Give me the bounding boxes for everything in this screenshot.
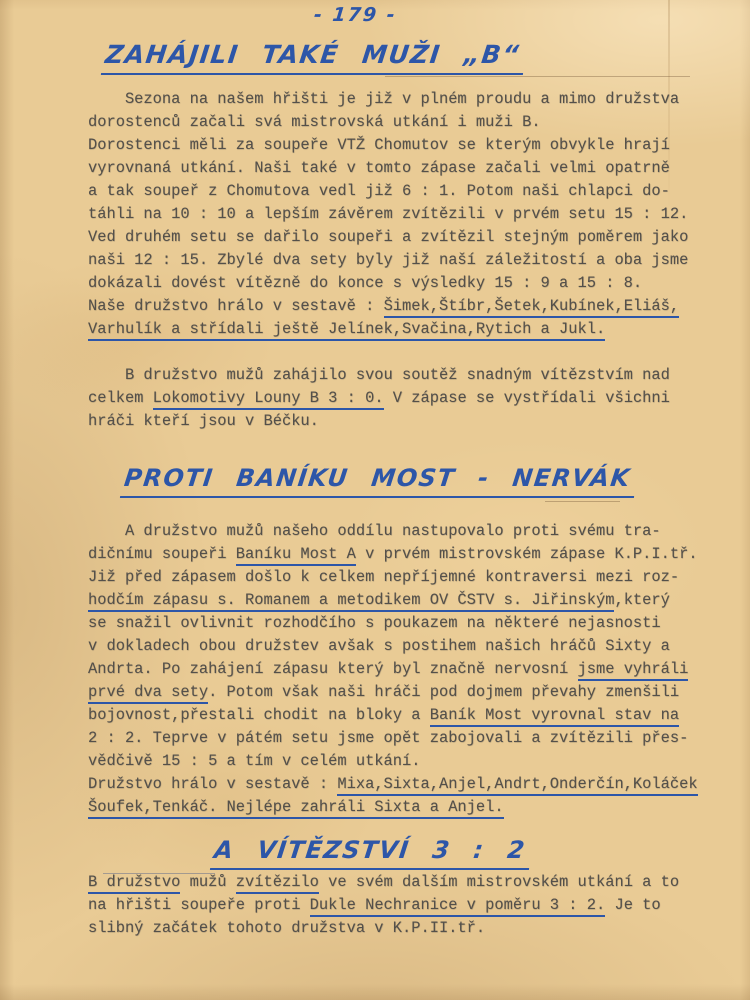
typed-text: vyrovnaná utkání. Naši také v tomto zápa… (88, 159, 670, 177)
typed-text: dorostenců začali svá mistrovská utkání … (88, 113, 541, 131)
typed-line: 2 : 2. Teprve v pátém setu jsme opět zab… (88, 727, 698, 750)
typed-text: ve svém dalším mistrovském utkání a to (319, 873, 679, 891)
typed-text: Andrta. Po zahájení zápasu který byl zna… (88, 660, 578, 678)
typed-text: a tak soupeř z Chomutova vedl již 6 : 1.… (88, 182, 670, 200)
typed-text: celkem (88, 389, 153, 407)
typed-line: Dorostenci měli za soupeře VTŽ Chomutov … (88, 134, 688, 157)
typed-text: Již před zápasem došlo k celkem nepříjem… (88, 568, 679, 586)
typed-text: A družstvo mužů našeho oddílu nastupoval… (88, 522, 661, 540)
typed-text: dokázali dovést vítězně do konce s výsle… (88, 274, 642, 292)
typed-text: bojovnost,přestali chodit na bloky a (88, 706, 430, 724)
underlined-typed-text: prvé dva sety (88, 683, 208, 704)
underlined-typed-text: Varhulík a střídali ještě Jelínek,Svačin… (88, 320, 605, 341)
typed-text: slibný začátek tohoto družstva v K.P.II.… (88, 919, 485, 937)
typed-line: dokázali dovést vítězně do konce s výsle… (88, 272, 688, 295)
typed-line: Již před zápasem došlo k celkem nepříjem… (88, 566, 698, 589)
typed-line: slibný začátek tohoto družstva v K.P.II.… (88, 917, 679, 940)
paragraph-a-druzstvo-nervak: A družstvo mužů našeho oddílu nastupoval… (88, 520, 698, 819)
typed-text: Družstvo hrálo v sestavě : (88, 775, 337, 793)
typed-line: A družstvo mužů našeho oddílu nastupoval… (88, 520, 698, 543)
typed-line: prvé dva sety. Potom však naši hráči pod… (88, 681, 698, 704)
typed-text: v prvém mistrovském zápase K.P.I.tř. (356, 545, 698, 563)
typed-text: . Potom však naši hráči pod dojmem převa… (208, 683, 679, 701)
typed-line: Šoufek,Tenkáč. Nejlépe zahráli Sixta a A… (88, 796, 698, 819)
typed-line: dičnímu soupeři Baníku Most A v prvém mi… (88, 543, 698, 566)
typed-text: se snažil ovlivnit rozhodčího s poukazem… (88, 614, 661, 632)
typed-line: bojovnost,přestali chodit na bloky a Ban… (88, 704, 698, 727)
typed-text: ,který (614, 591, 669, 609)
typed-line: v dokladech obou družstev avšak s postih… (88, 635, 698, 658)
typed-text: V zápase se vystřídali všichni (384, 389, 670, 407)
underlined-typed-text: hodčím zápasu s. Romanem a metodikem OV … (88, 591, 614, 612)
typed-text: B družstvo mužů zahájilo svou soutěž sna… (88, 366, 670, 384)
underlined-typed-text: Baníku Most A (236, 545, 356, 566)
typed-line: na hřišti soupeře proti Dukle Nechranice… (88, 894, 679, 917)
typed-text: hráči kteří jsou v Béčku. (88, 412, 319, 430)
underlined-typed-text: Baník Most vyrovnal stav na (430, 706, 679, 727)
underlined-typed-text: jsme vyhráli (578, 660, 689, 681)
typed-line: Sezona na našem hřišti je již v plném pr… (88, 88, 688, 111)
typed-text: Ved druhém setu se dařilo soupeři a zvít… (88, 228, 688, 246)
typed-text: naši 12 : 15. Zbylé dva sety byly již na… (88, 251, 688, 269)
typed-line: vyrovnaná utkání. Naši také v tomto zápa… (88, 157, 688, 180)
typed-text: Naše družstvo hrálo v sestavě : (88, 297, 384, 315)
typed-line: vědčivě 15 : 5 a tím v celém utkání. (88, 750, 698, 773)
faint-guide-line (545, 501, 620, 502)
underlined-typed-text: zvítězilo (236, 873, 319, 894)
typed-text: mužů (180, 873, 235, 891)
typed-line: B družstvo mužů zahájilo svou soutěž sna… (88, 364, 670, 387)
heading-a-vitezstvi: A VÍTĚZSTVÍ 3 : 2 (210, 836, 534, 870)
typed-line: celkem Lokomotivy Louny B 3 : 0. V zápas… (88, 387, 670, 410)
typed-line: hodčím zápasu s. Romanem a metodikem OV … (88, 589, 698, 612)
paragraph-b-druzstvo-zvitezilo: B družstvo mužů zvítězilo ve svém dalším… (88, 871, 679, 940)
heading-zahajili-take-muzi-b: ZAHÁJILI TAKÉ MUŽI „B“ (101, 40, 528, 75)
typed-text: táhli na 10 : 10 a lepším závěrem zvítěz… (88, 205, 688, 223)
underlined-typed-text: Lokomotivy Louny B 3 : 0. (153, 389, 384, 410)
typed-line: a tak soupeř z Chomutova vedl již 6 : 1.… (88, 180, 688, 203)
typed-line: B družstvo mužů zvítězilo ve svém dalším… (88, 871, 679, 894)
scanned-document-page: - 179 - ZAHÁJILI TAKÉ MUŽI „B“ Sezona na… (0, 0, 750, 1000)
typed-line: táhli na 10 : 10 a lepším závěrem zvítěz… (88, 203, 688, 226)
typed-line: Naše družstvo hrálo v sestavě : Šimek,Št… (88, 295, 688, 318)
underlined-typed-text: Šoufek,Tenkáč. Nejlépe zahráli Sixta a A… (88, 798, 504, 819)
typed-line: Varhulík a střídali ještě Jelínek,Svačin… (88, 318, 688, 341)
typed-text: vědčivě 15 : 5 a tím v celém utkání. (88, 752, 421, 770)
typed-text: na hřišti soupeře proti (88, 896, 310, 914)
underlined-typed-text: Šimek,Štíbr,Šetek,Kubínek,Eliáš, (384, 297, 680, 318)
heading-text: PROTI BANÍKU MOST - NERVÁK (120, 464, 638, 498)
typed-line: dorostenců začali svá mistrovská utkání … (88, 111, 688, 134)
typed-line: naši 12 : 15. Zbylé dva sety byly již na… (88, 249, 688, 272)
faint-guide-line (385, 76, 690, 77)
heading-proti-baniku-most: PROTI BANÍKU MOST - NERVÁK (120, 464, 638, 498)
typed-line: Družstvo hrálo v sestavě : Mixa,Sixta,An… (88, 773, 698, 796)
typed-text: dičnímu soupeři (88, 545, 236, 563)
typed-line: Ved druhém setu se dařilo soupeři a zvít… (88, 226, 688, 249)
typed-text: v dokladech obou družstev avšak s postih… (88, 637, 670, 655)
paragraph-b-druzstvo-zahajilo: B družstvo mužů zahájilo svou soutěž sna… (88, 364, 670, 433)
underlined-typed-text: B družstvo (88, 873, 180, 894)
typed-text: Dorostenci měli za soupeře VTŽ Chomutov … (88, 136, 670, 154)
typed-line: hráči kteří jsou v Béčku. (88, 410, 670, 433)
typed-line: se snažil ovlivnit rozhodčího s poukazem… (88, 612, 698, 635)
typed-text: Je to (605, 896, 660, 914)
typed-line: Andrta. Po zahájení zápasu který byl zna… (88, 658, 698, 681)
page-number: - 179 - (313, 4, 398, 26)
paragraph-dorostenci: Sezona na našem hřišti je již v plném pr… (88, 88, 688, 341)
typed-text: Sezona na našem hřišti je již v plném pr… (88, 90, 679, 108)
typed-text: 2 : 2. Teprve v pátém setu jsme opět zab… (88, 729, 688, 747)
heading-text: ZAHÁJILI TAKÉ MUŽI „B“ (101, 40, 528, 75)
heading-text: A VÍTĚZSTVÍ 3 : 2 (210, 836, 534, 870)
underlined-typed-text: Dukle Nechranice v poměru 3 : 2. (310, 896, 606, 917)
underlined-typed-text: Mixa,Sixta,Anjel,Andrt,Onderčín,Koláček (337, 775, 697, 796)
